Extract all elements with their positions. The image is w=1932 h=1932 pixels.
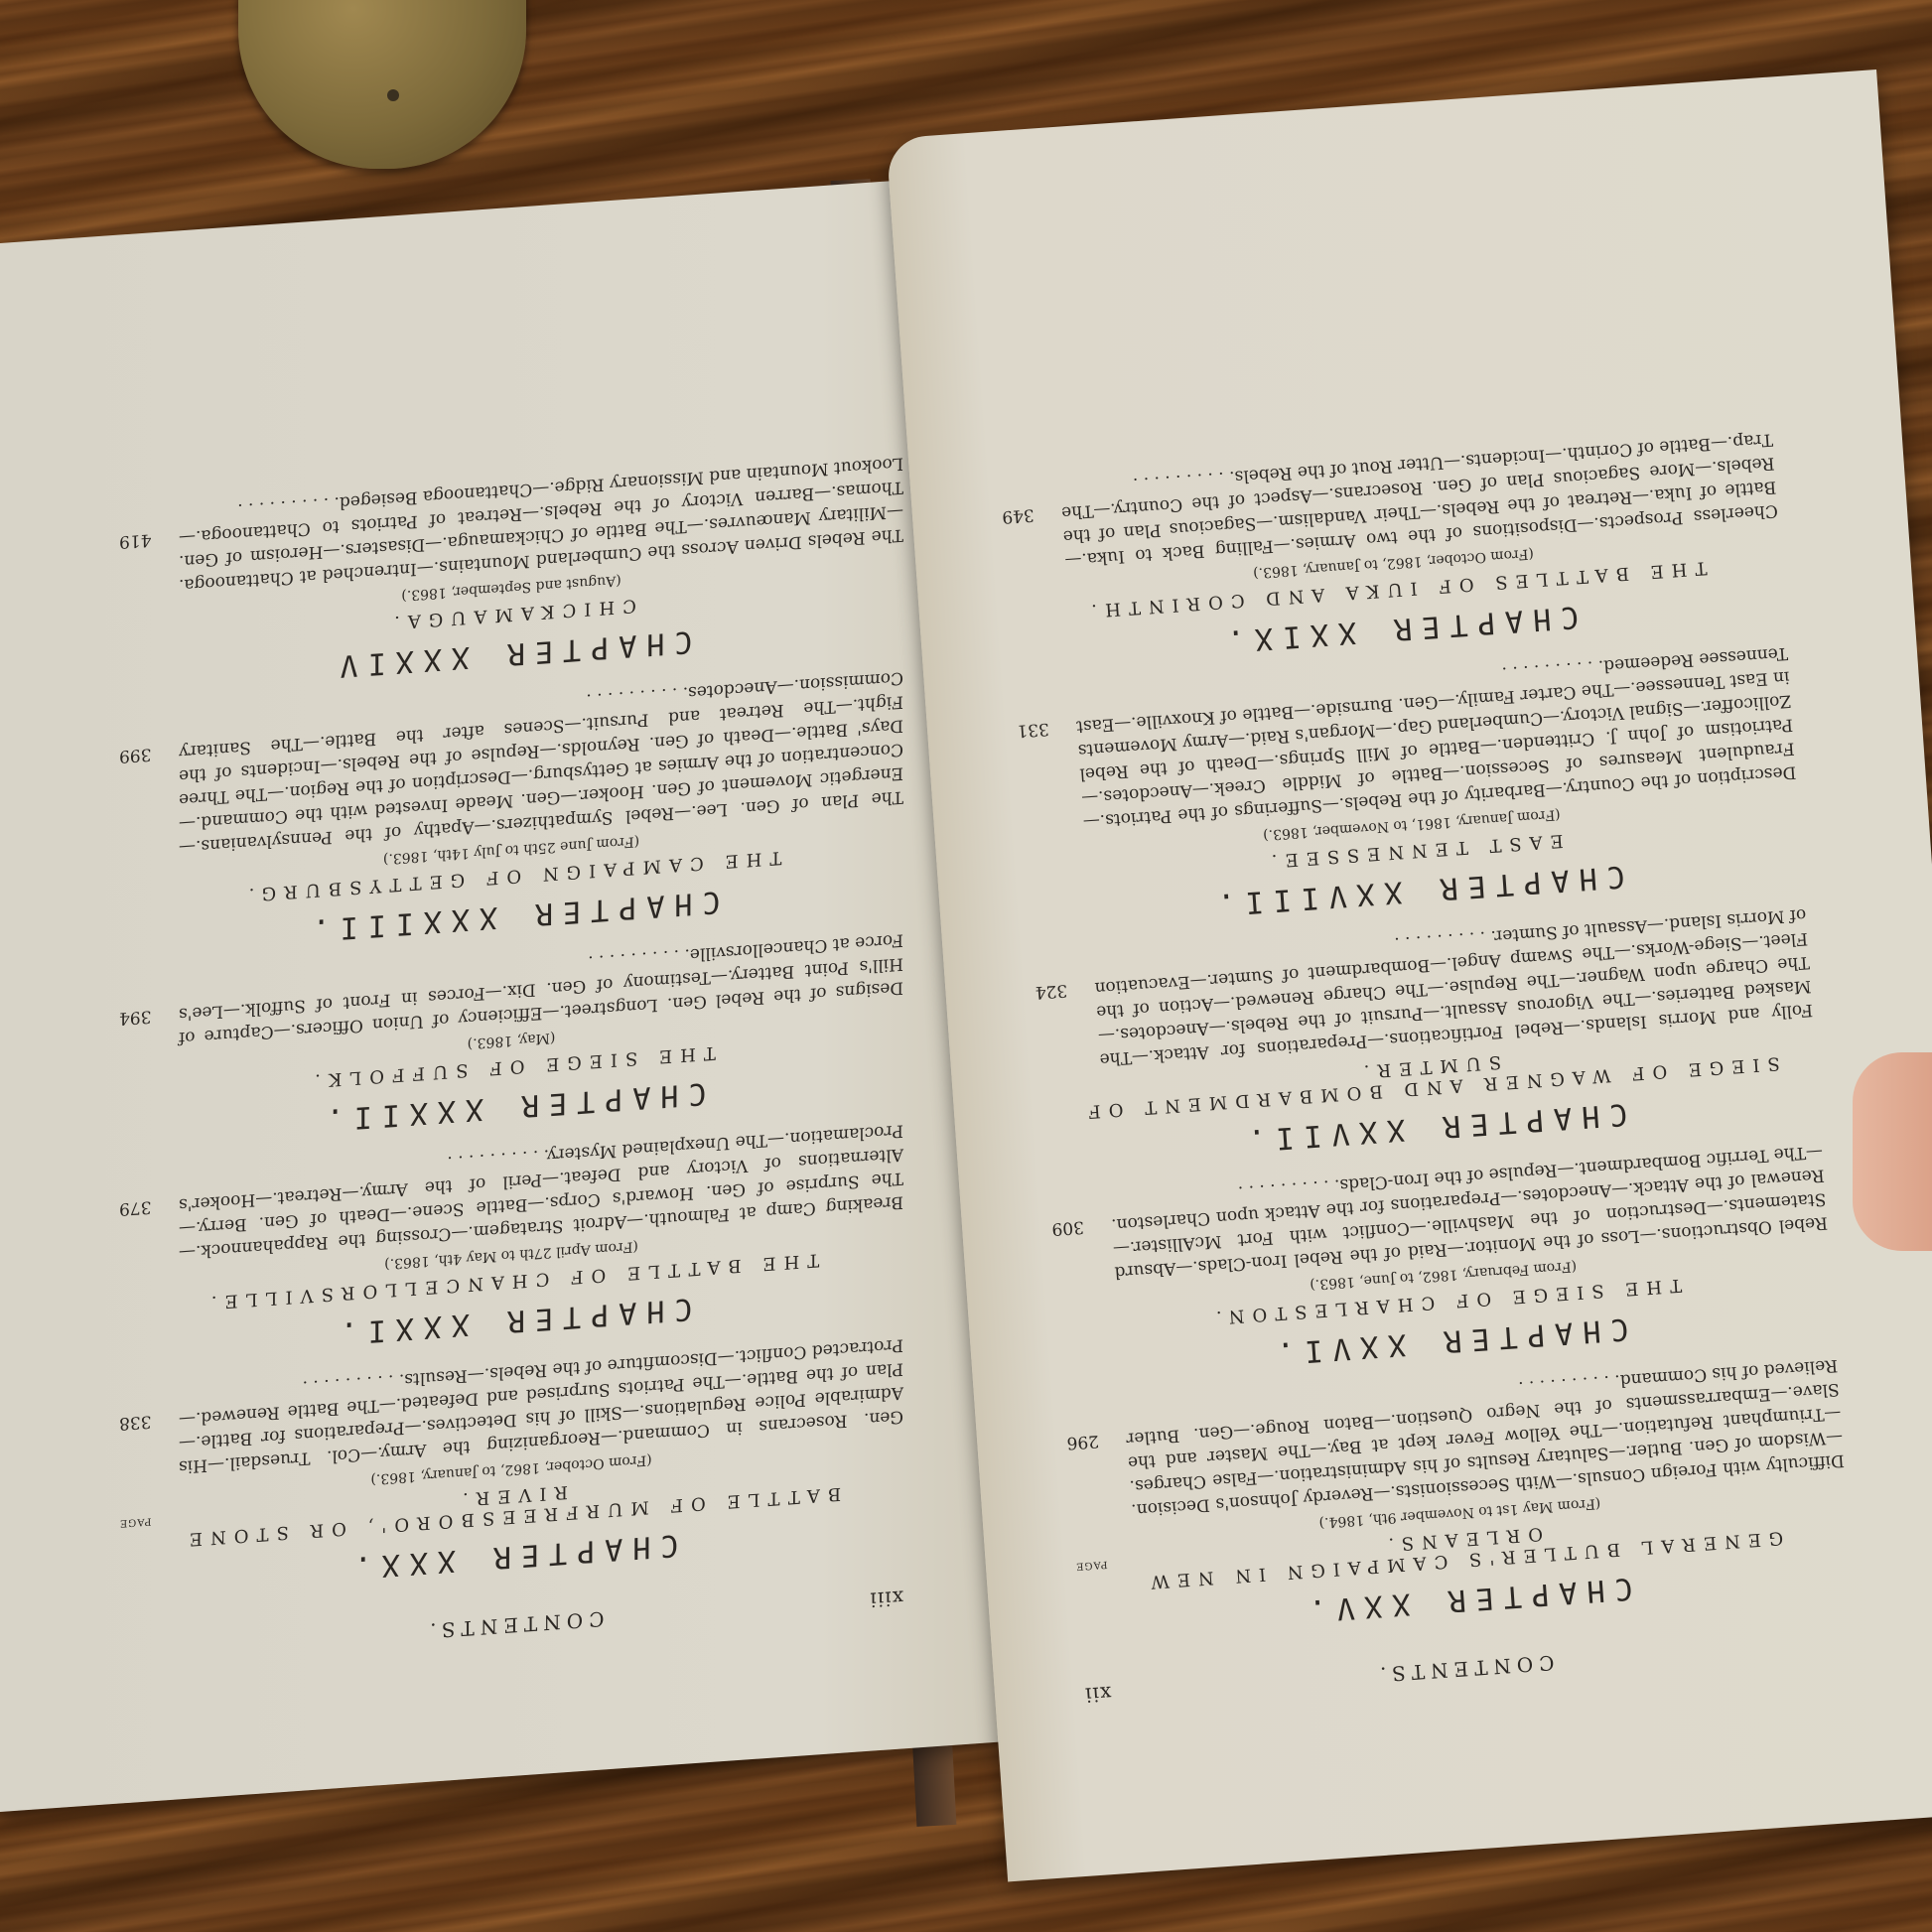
folio: xiii [870, 1586, 903, 1611]
leader-dots: . . . . . . . . . [1237, 1175, 1334, 1202]
page-number: 419 [119, 527, 151, 553]
page-number: 324 [1035, 978, 1068, 1004]
left-page-content: xiii CONTENTS. CHAPTER XXX.BATTLE OF MUR… [0, 172, 1023, 1812]
page-column-label: PAGE [119, 1515, 151, 1528]
running-head: xiii CONTENTS. [119, 1586, 903, 1664]
page-number: 379 [119, 1194, 151, 1220]
folio: xii [1083, 1682, 1112, 1708]
chapter-entry: CHAPTER XXXII.THE SIEGE OF SUFFOLK.(May,… [119, 927, 903, 1151]
chapter-summary: Cheerless Prospects.—Dispositions of the… [1000, 427, 1779, 576]
left-page: xiii CONTENTS. CHAPTER XXX.BATTLE OF MUR… [0, 172, 1023, 1812]
chapter-list: CHAPTER XXV.GENERAL BUTLER'S CAMPAIGN IN… [1000, 427, 1854, 1644]
leader-dots: . . . . . . . . . [1501, 656, 1598, 683]
thumb [1853, 1052, 1932, 1251]
chapter-entry: CHAPTER XXV.GENERAL BUTLER'S CAMPAIGN IN… [1064, 1353, 1854, 1644]
chapter-entry: CHAPTER XXVIII.EAST TENNESSEE.(From Janu… [1015, 641, 1804, 935]
right-page: CONTENTS. xii CHAPTER XXV.GENERAL BUTLER… [886, 69, 1932, 1881]
leader-dots: . . . . . . . . . [447, 1146, 543, 1173]
chapter-entry: CHAPTER XXIX.THE BATTLES OF IUKA AND COR… [1000, 427, 1786, 673]
chapter-entry: CHAPTER XXX.BATTLE OF MURFREESBORO', OR … [119, 1332, 903, 1600]
open-book: xiii CONTENTS. CHAPTER XXX.BATTLE OF MUR… [0, 0, 1932, 1932]
leader-dots: . . . . . . . . . [1394, 926, 1491, 953]
running-head-title: CONTENTS. [424, 1606, 604, 1643]
right-page-content: CONTENTS. xii CHAPTER XXV.GENERAL BUTLER… [886, 69, 1932, 1881]
chapter-entry: CHAPTER XXXI.THE BATTLE OF CHANCELLORSVI… [119, 1118, 903, 1365]
page-number: 394 [119, 1004, 151, 1030]
spacer [1817, 1634, 1857, 1637]
spacer [119, 1643, 159, 1646]
chapter-entry: CHAPTER XXVII.SIEGE OF WAGNER AND BOMBAR… [1033, 902, 1820, 1172]
chapter-entry: CHAPTER XXVI.THE SIEGE OF CHARLESTON.(Fr… [1049, 1139, 1836, 1385]
page-number: 331 [1017, 717, 1050, 743]
leader-dots: . . . . . . . . . [303, 1370, 399, 1397]
page-number: 309 [1051, 1215, 1085, 1241]
page-column-label: PAGE [1075, 1559, 1108, 1572]
running-head: CONTENTS. xii [1083, 1629, 1858, 1707]
running-head-title: CONTENTS. [1374, 1651, 1556, 1688]
chapter-list: CHAPTER XXX.BATTLE OF MURFREESBORO', OR … [119, 451, 903, 1600]
leader-dots: . . . . . . . . . [1133, 467, 1230, 493]
page-number: 296 [1066, 1429, 1100, 1454]
leader-dots: . . . . . . . . . [1518, 1371, 1615, 1398]
leader-dots: . . . . . . . . . [586, 683, 682, 710]
leader-dots: . . . . . . . . . [588, 945, 684, 972]
page-number: 338 [119, 1409, 151, 1435]
page-number: 399 [119, 742, 151, 767]
chapter-entry: CHAPTER XXXIVCHICKAMAUGA.(August and Sep… [119, 451, 903, 698]
page-number: 349 [1001, 502, 1035, 528]
leader-dots: . . . . . . . . . [237, 492, 334, 519]
chapter-entry: CHAPTER XXXIII.THE CAMPAIGN OF GETTYSBUR… [119, 665, 903, 960]
